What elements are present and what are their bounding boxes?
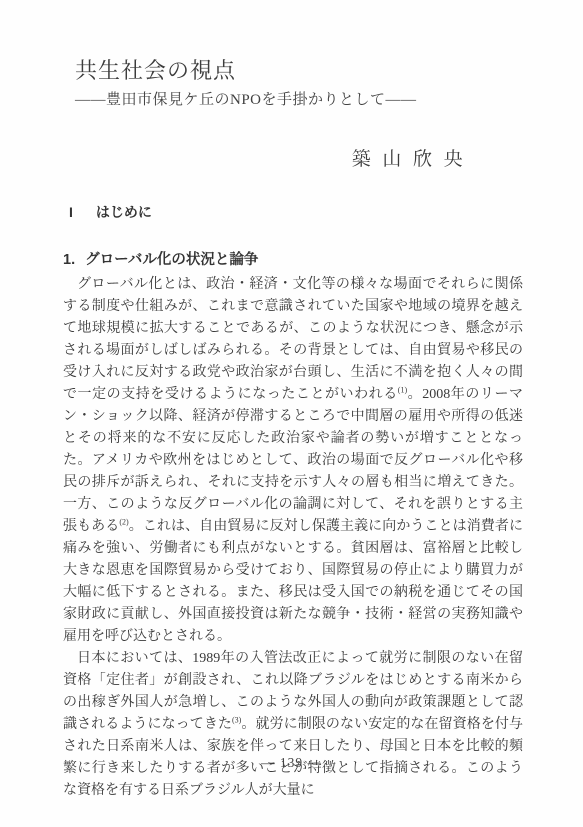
article-body: グローバル化とは、政治・経済・文化等の様々な場面でそれらに関係する制度や仕組みが… — [63, 274, 523, 802]
footnote-marker: (2) — [119, 517, 128, 526]
section-title: はじめに — [96, 204, 152, 222]
page-number: — 139 — — [0, 755, 583, 771]
paper-page: 共生社会の視点 ——豊田市保見ケ丘のNPOを手掛かりとして—— 築 山 欣 央 … — [0, 0, 583, 827]
body-paragraph: グローバル化とは、政治・経済・文化等の様々な場面でそれらに関係する制度や仕組みが… — [63, 274, 523, 648]
body-paragraph: 日本においては、1989年の入管法改正によって就労に制限のない在留資格「定住者」… — [63, 648, 523, 802]
subsection-title: グローバル化の状況と論争 — [85, 251, 258, 269]
subsection-heading-globalization: 1. グローバル化の状況と論争 — [63, 251, 523, 269]
footnote-marker: (1) — [398, 385, 407, 394]
paper-title: 共生社会の視点 — [63, 0, 523, 84]
author-name: 築 山 欣 央 — [63, 149, 523, 172]
section-numeral: I — [69, 204, 73, 222]
paper-subtitle: ——豊田市保見ケ丘のNPOを手掛かりとして—— — [63, 84, 523, 109]
subsection-number: 1. — [63, 251, 75, 269]
section-heading-intro: I はじめに — [63, 204, 523, 222]
footnote-marker: (3) — [232, 715, 241, 724]
page-content: 共生社会の視点 ——豊田市保見ケ丘のNPOを手掛かりとして—— 築 山 欣 央 … — [0, 0, 583, 802]
